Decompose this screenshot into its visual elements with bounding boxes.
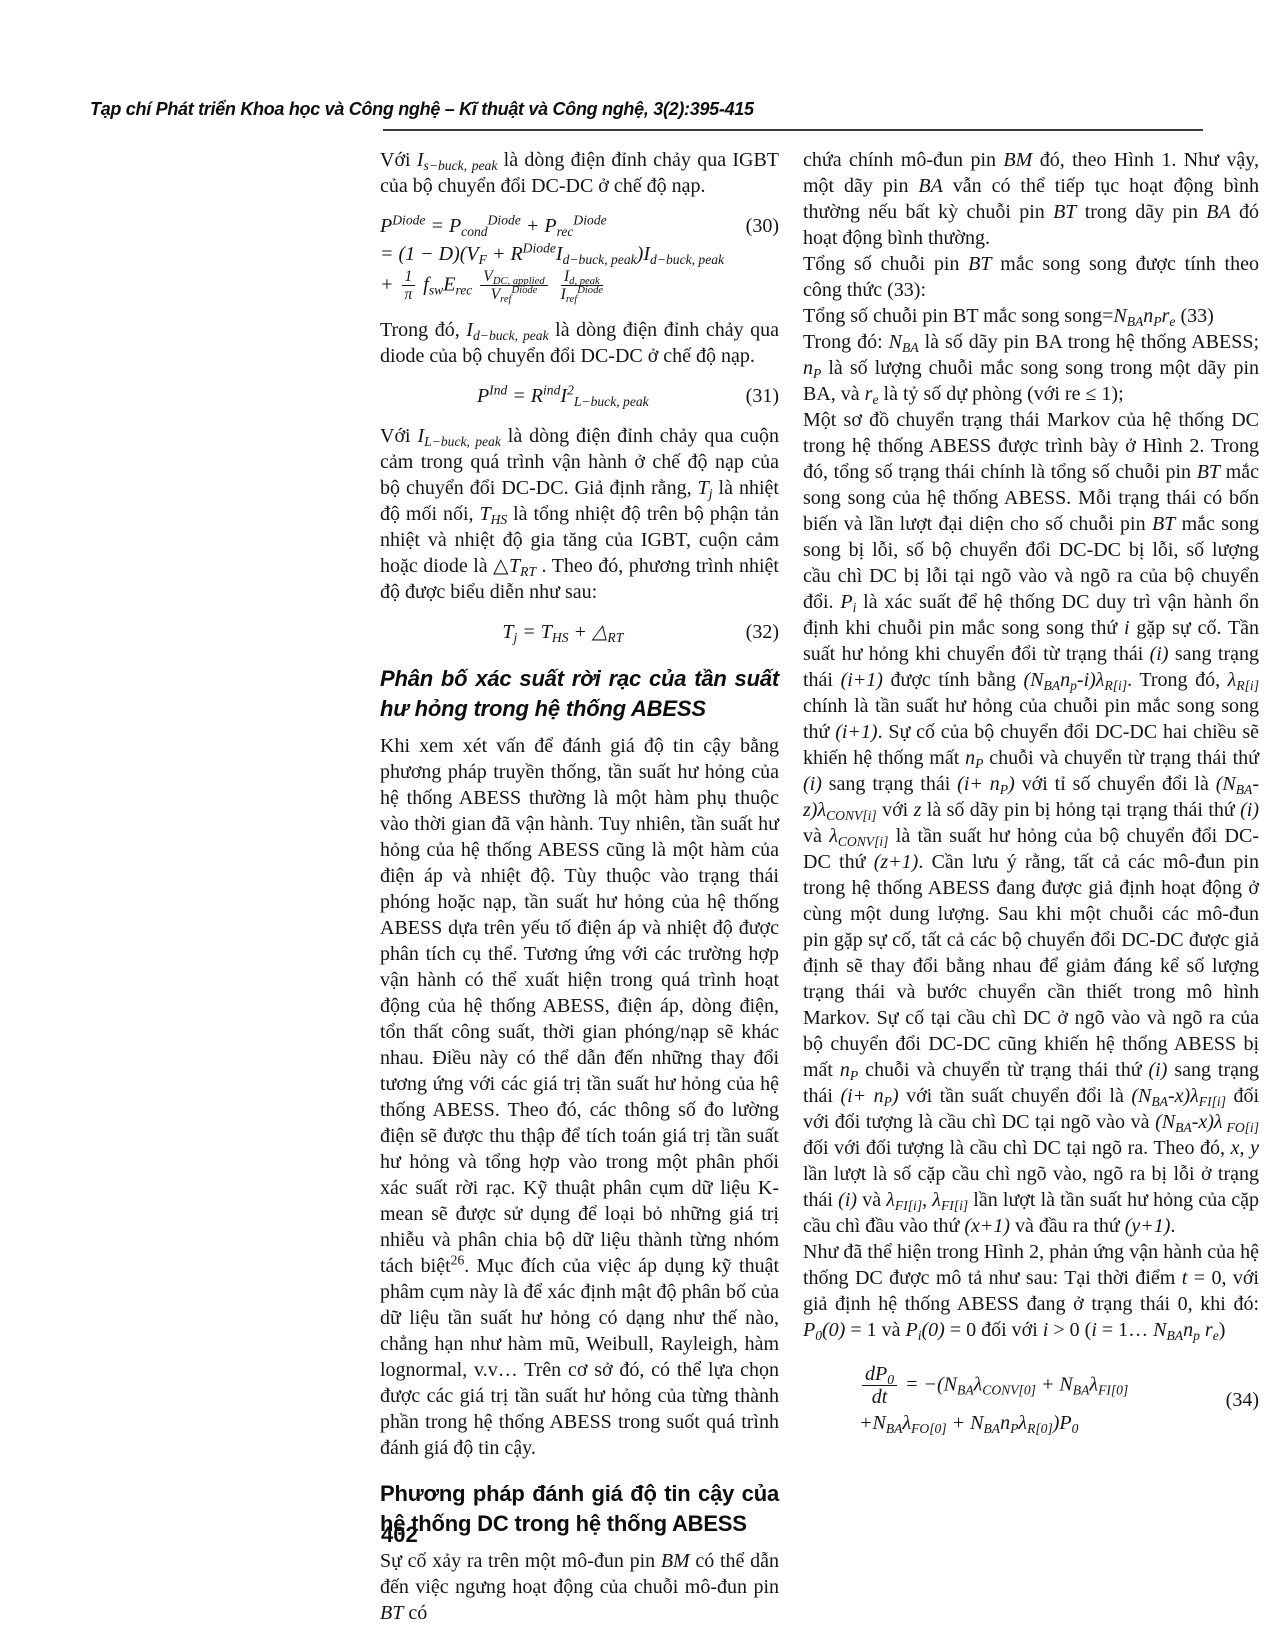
equation-34-number: (34): [1218, 1386, 1259, 1414]
paragraph-where-formula33: Trong đó: NBA là số dãy pin BA trong hệ …: [803, 329, 1259, 407]
page-number: 402: [381, 1522, 418, 1548]
equation-32-body: Tj = THS + △RT: [380, 618, 746, 646]
journal-header: Tạp chí Phát triển Khoa học và Công nghệ…: [90, 99, 754, 120]
header-rule-divider: [383, 129, 1203, 131]
paragraph-igbt-peak-current: Với Is−buck, peak là dòng điện đỉnh chảy…: [380, 147, 779, 199]
equation-30: PDiode = PcondDiode + PrecDiode (30) = (…: [380, 212, 779, 304]
equation-30-number: (30): [746, 212, 779, 240]
equation-31-number: (31): [746, 382, 779, 410]
equation-30-line2: = (1 − D)(VF + RDiodeId−buck, peak)Id−bu…: [380, 240, 779, 268]
paragraph-bm-failure: Sự cố xảy ra trên một mô-đun pin BM có t…: [380, 1548, 779, 1626]
equation-30-line3: + 1π fswErec VDC, appliedVrefDiode Id, p…: [380, 268, 779, 304]
paragraph-diode-peak-current: Trong đó, Id−buck, peak là dòng điện đỉn…: [380, 317, 779, 369]
paragraph-markov-model: Một sơ đồ chuyển trạng thái Markov của h…: [803, 407, 1259, 1239]
formula-33-line: Tổng số chuỗi pin BT mắc song song=NBAnP…: [803, 303, 1259, 329]
paragraph-clustering-kmean: Khi xem xét vấn để đánh giá độ tin cậy b…: [380, 733, 779, 1461]
right-column: chứa chính mô-đun pin BM đó, theo Hình 1…: [803, 147, 1259, 1437]
equation-31: PInd = RindI2L−buck, peak (31): [380, 382, 779, 410]
paragraph-dc-response: Như đã thể hiện trong Hình 2, phản ứng v…: [803, 1239, 1259, 1343]
equation-34: dP0dt = −(NBAλCONV[0] + NBAλFI[0] +NBAλF…: [803, 1363, 1259, 1437]
equation-31-body: PInd = RindI2L−buck, peak: [380, 382, 746, 410]
equation-32: Tj = THS + △RT (32): [380, 618, 779, 646]
section-heading-reliability-method: Phương pháp đánh giá độ tin cậy của hệ t…: [380, 1479, 779, 1539]
equation-34-line2: +NBAλFO[0] + NBAnPλR[0])P0: [859, 1409, 1218, 1437]
equation-32-number: (32): [746, 618, 779, 646]
section-heading-discrete-distribution: Phân bố xác suất rời rạc của tần suất hư…: [380, 664, 779, 724]
paragraph-total-parallel-intro: Tổng số chuỗi pin BT mắc song song được …: [803, 251, 1259, 303]
equation-34-line1: dP0dt = −(NBAλCONV[0] + NBAλFI[0]: [859, 1363, 1218, 1409]
equation-30-line1: PDiode = PcondDiode + PrecDiode: [380, 212, 607, 240]
left-column: Với Is−buck, peak là dòng điện đỉnh chảy…: [380, 147, 779, 1626]
paragraph-bm-continuation: chứa chính mô-đun pin BM đó, theo Hình 1…: [803, 147, 1259, 251]
paragraph-inductor-temperature: Với IL−buck, peak là dòng điện đỉnh chảy…: [380, 423, 779, 605]
